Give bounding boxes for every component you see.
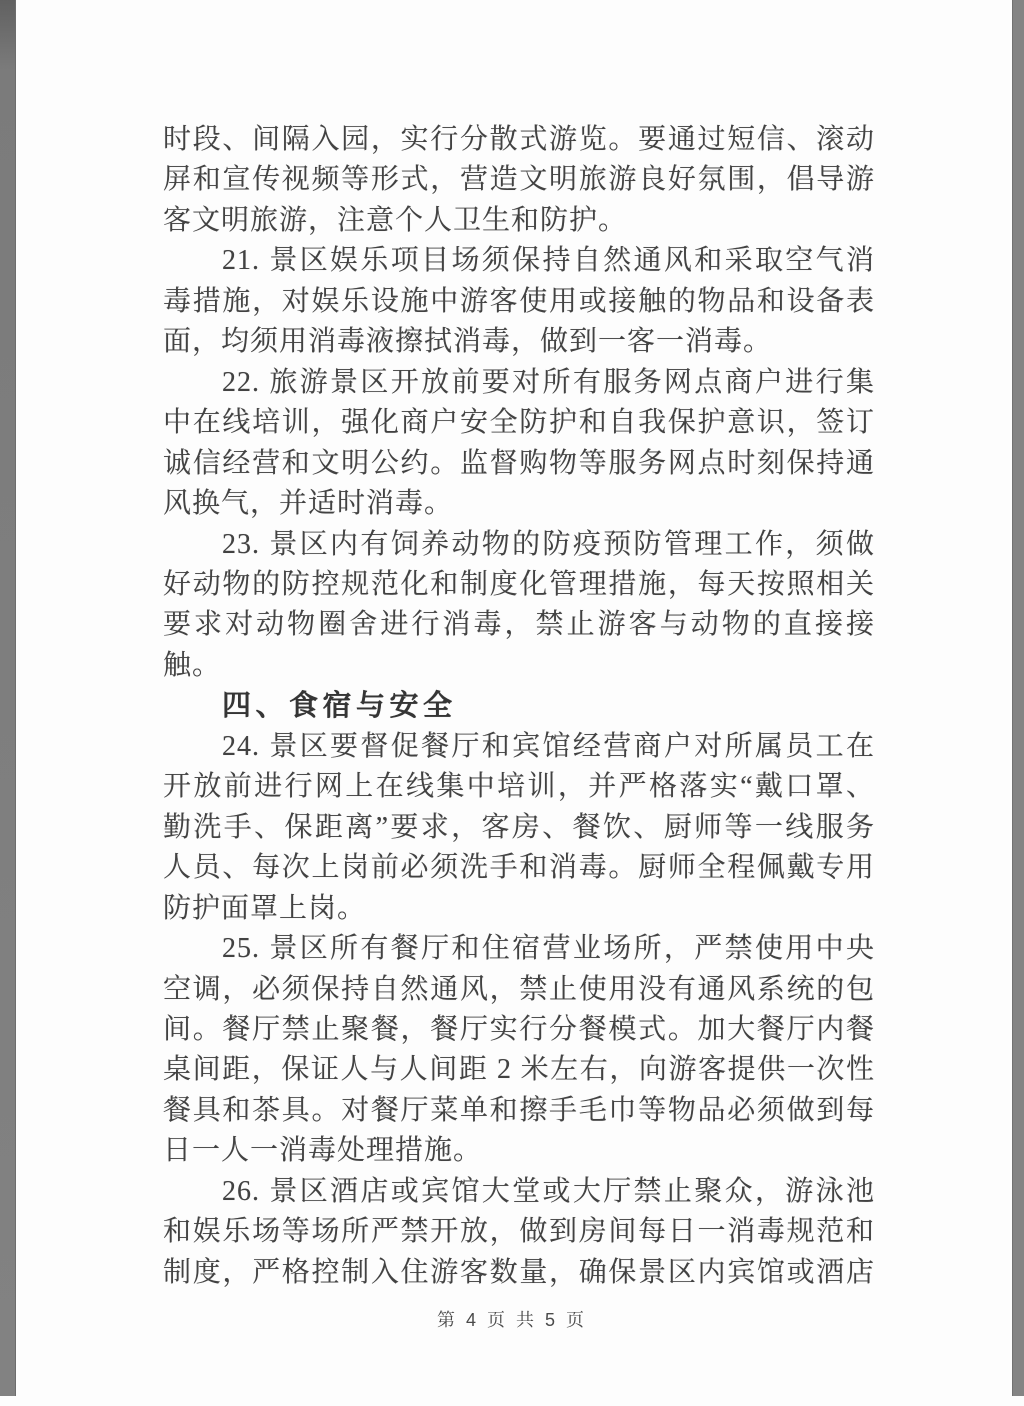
right-edge-bar [1012, 0, 1024, 1396]
text-line: 26. 景区酒店或宾馆大堂或大厅禁止聚众，游泳池 [163, 1172, 875, 1212]
text-line: 空调，必须保持自然通风，禁止使用没有通风系统的包 [163, 970, 875, 1010]
text-line: 防护面罩上岗。 [163, 889, 875, 929]
text-line: 客文明旅游，注意个人卫生和防护。 [163, 201, 875, 241]
text-line: 25. 景区所有餐厅和住宿营业场所，严禁使用中央 [163, 929, 875, 969]
text-line: 面，均须用消毒液擦拭消毒，做到一客一消毒。 [163, 322, 875, 362]
text-line: 四、食宿与安全 [163, 686, 875, 726]
text-line: 24. 景区要督促餐厅和宾馆经营商户对所属员工在 [163, 727, 875, 767]
text-line: 要求对动物圈舍进行消毒，禁止游客与动物的直接接 [163, 605, 875, 645]
text-line: 人员、每次上岗前必须洗手和消毒。厨师全程佩戴专用 [163, 848, 875, 888]
text-line: 餐具和茶具。对餐厅菜单和擦手毛巾等物品必须做到每 [163, 1091, 875, 1131]
paragraph: 25. 景区所有餐厅和住宿营业场所，严禁使用中央空调，必须保持自然通风，禁止使用… [163, 929, 875, 1172]
paragraph: 24. 景区要督促餐厅和宾馆经营商户对所属员工在开放前进行网上在线集中培训，并严… [163, 727, 875, 929]
text-line: 触。 [163, 646, 875, 686]
text-line: 风换气，并适时消毒。 [163, 484, 875, 524]
text-line: 勤洗手、保距离”要求，客房、餐饮、厨师等一线服务 [163, 808, 875, 848]
text-line: 屏和宣传视频等形式，营造文明旅游良好氛围，倡导游 [163, 160, 875, 200]
text-line: 诚信经营和文明公约。监督购物等服务网点时刻保持通 [163, 444, 875, 484]
text-line: 好动物的防控规范化和制度化管理措施，每天按照相关 [163, 565, 875, 605]
text-line: 时段、间隔入园，实行分散式游览。要通过短信、滚动 [163, 120, 875, 160]
text-line: 桌间距，保证人与人间距 2 米左右，向游客提供一次性 [163, 1050, 875, 1090]
text-line: 22. 旅游景区开放前要对所有服务网点商户进行集 [163, 363, 875, 403]
text-line: 和娱乐场等场所严禁开放，做到房间每日一消毒规范和 [163, 1212, 875, 1252]
document-page: 时段、间隔入园，实行分散式游览。要通过短信、滚动屏和宣传视频等形式，营造文明旅游… [0, 0, 1024, 1406]
paragraph: 时段、间隔入园，实行分散式游览。要通过短信、滚动屏和宣传视频等形式，营造文明旅游… [163, 120, 875, 241]
paragraph: 22. 旅游景区开放前要对所有服务网点商户进行集中在线培训，强化商户安全防护和自… [163, 363, 875, 525]
paragraph: 23. 景区内有饲养动物的防疫预防管理工作，须做好动物的防控规范化和制度化管理措… [163, 525, 875, 687]
paragraph: 26. 景区酒店或宾馆大堂或大厅禁止聚众，游泳池和娱乐场等场所严禁开放，做到房间… [163, 1172, 875, 1293]
text-line: 23. 景区内有饲养动物的防疫预防管理工作，须做 [163, 525, 875, 565]
text-line: 制度，严格控制入住游客数量，确保景区内宾馆或酒店 [163, 1253, 875, 1293]
paragraph: 21. 景区娱乐项目场须保持自然通风和采取空气消毒措施，对娱乐设施中游客使用或接… [163, 241, 875, 362]
text-line: 中在线培训，强化商户安全防护和自我保护意识，签订 [163, 403, 875, 443]
page-number: 第 4 页 共 5 页 [0, 1306, 1024, 1332]
text-line: 间。餐厅禁止聚餐，餐厅实行分餐模式。加大餐厅内餐 [163, 1010, 875, 1050]
text-line: 开放前进行网上在线集中培训，并严格落实“戴口罩、 [163, 767, 875, 807]
text-line: 日一人一消毒处理措施。 [163, 1131, 875, 1171]
section-heading: 四、食宿与安全 [163, 686, 875, 726]
text-line: 21. 景区娱乐项目场须保持自然通风和采取空气消 [163, 241, 875, 281]
left-edge-bar [0, 0, 16, 1396]
document-body: 时段、间隔入园，实行分散式游览。要通过短信、滚动屏和宣传视频等形式，营造文明旅游… [163, 120, 875, 1293]
text-line: 毒措施，对娱乐设施中游客使用或接触的物品和设备表 [163, 282, 875, 322]
